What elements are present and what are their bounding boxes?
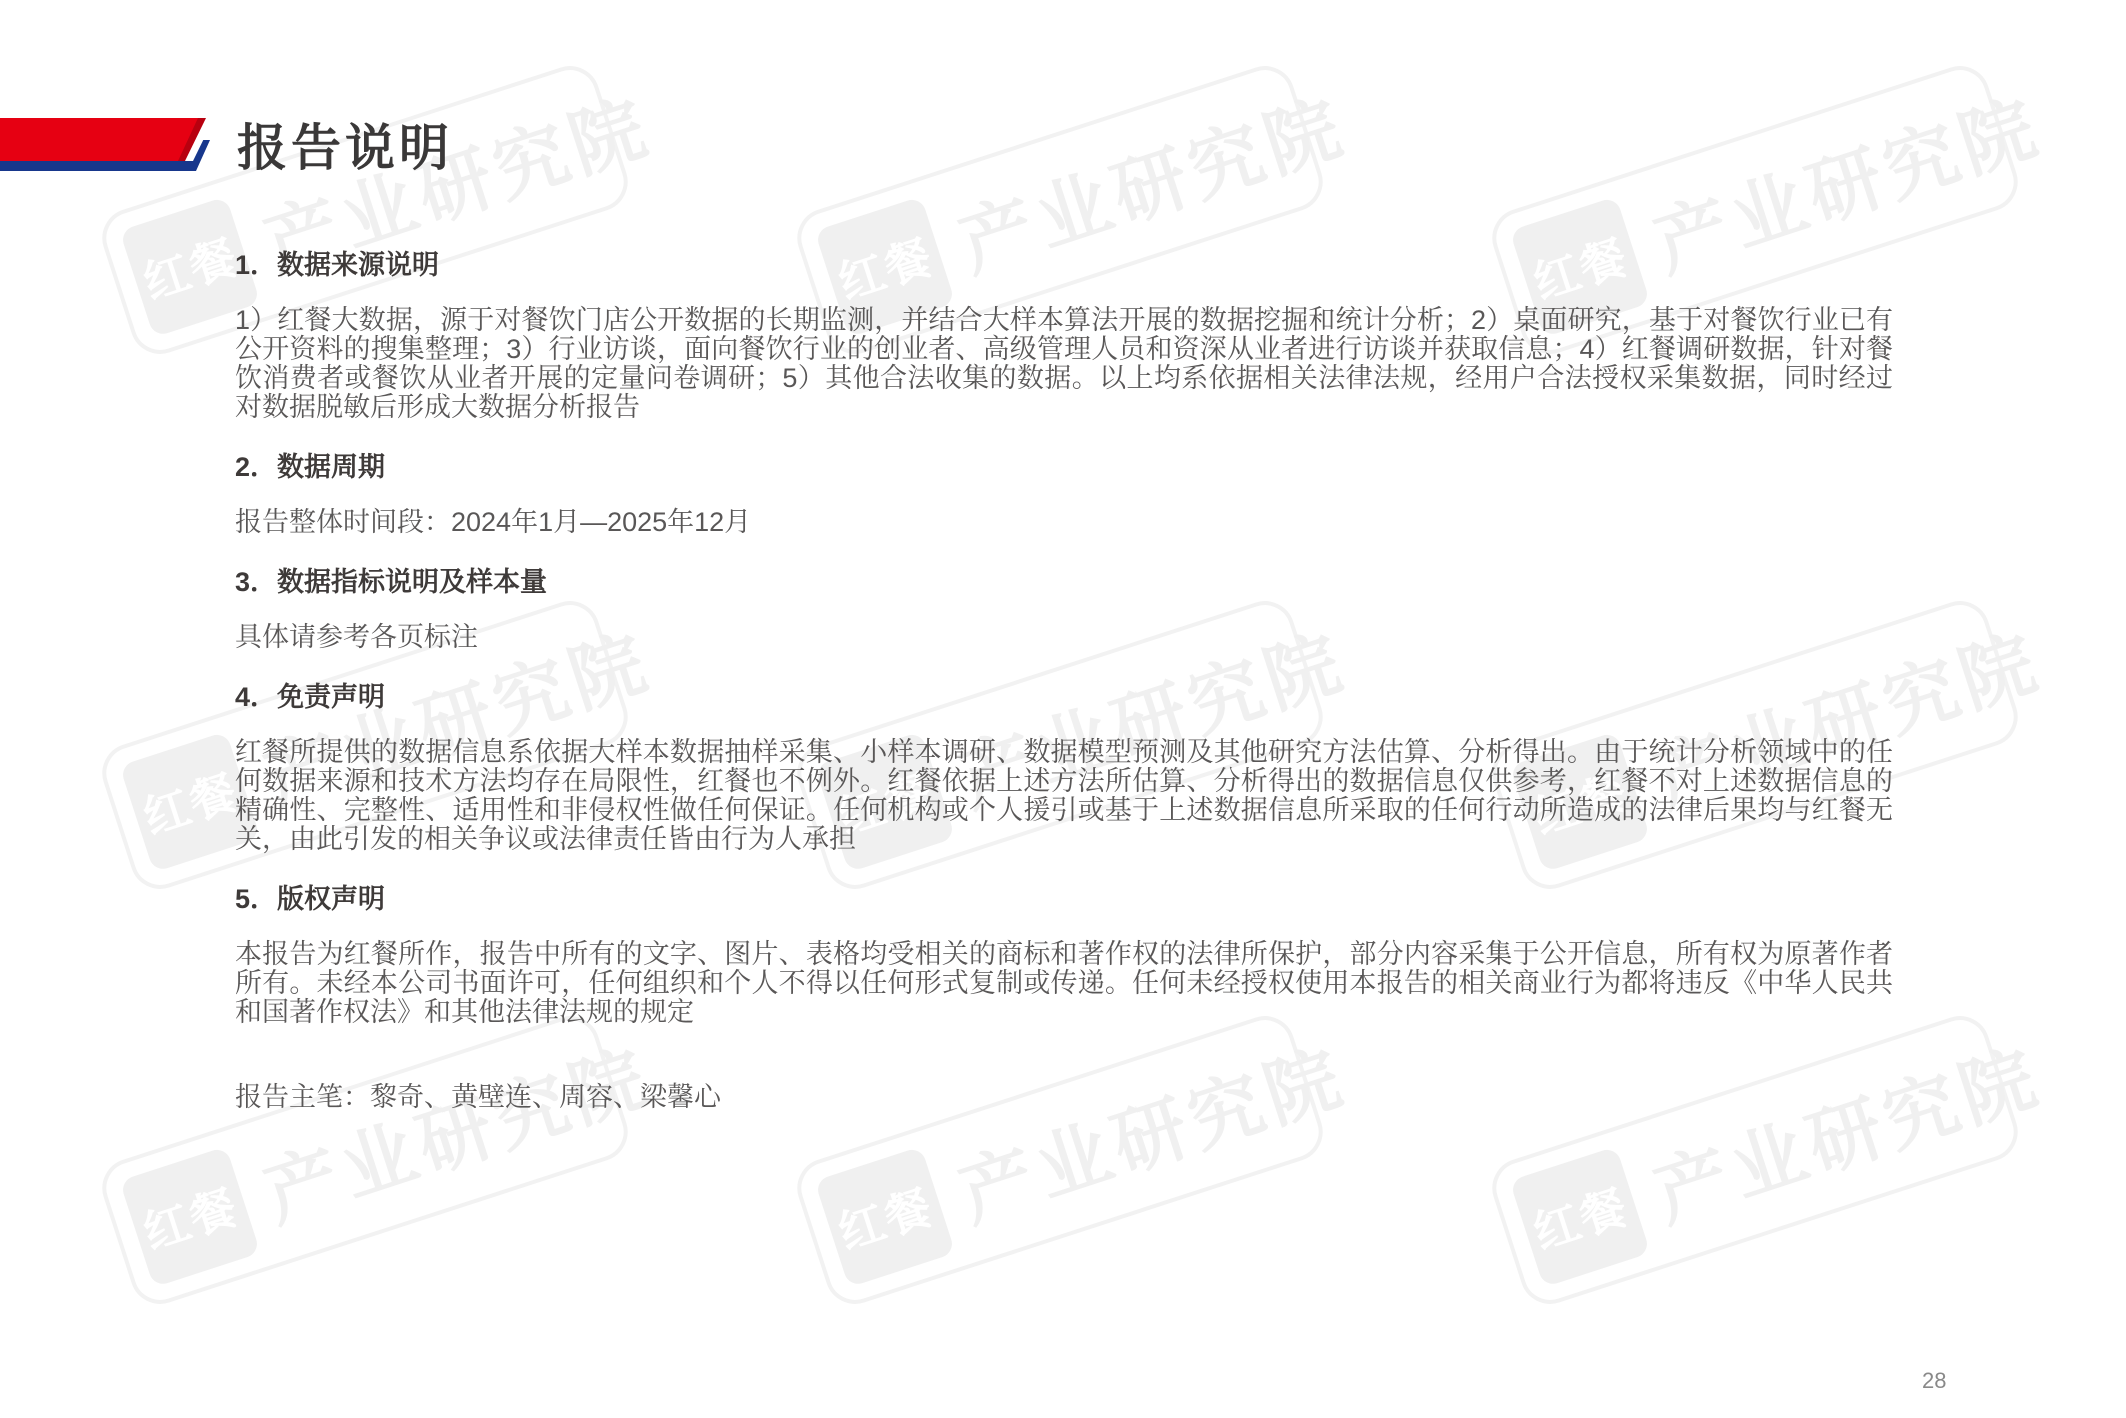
report-content: 1．数据来源说明 1）红餐大数据，源于对餐饮门店公开数据的长期监测，并结合大样本… xyxy=(235,250,1893,1112)
section-1-heading: 1．数据来源说明 xyxy=(235,250,1893,280)
section-3-heading: 3．数据指标说明及样本量 xyxy=(235,567,1893,597)
section-3-body: 具体请参考各页标注 xyxy=(235,623,1893,652)
page-number: 28 xyxy=(1922,1368,1946,1394)
section-1-body: 1）红餐大数据，源于对餐饮门店公开数据的长期监测，并结合大样本算法开展的数据挖掘… xyxy=(235,306,1893,422)
banner-red-stripe xyxy=(0,118,198,161)
watermark-logo: 红餐 xyxy=(119,1146,260,1287)
authors-line: 报告主笔：黎奇、黄壁连、周容、梁馨心 xyxy=(235,1083,1893,1112)
section-5-body: 本报告为红餐所作，报告中所有的文字、图片、表格均受相关的商标和著作权的法律所保护… xyxy=(235,940,1893,1027)
report-page: 红餐产业研究院红餐产业研究院红餐产业研究院红餐产业研究院红餐产业研究院红餐产业研… xyxy=(0,0,2126,1418)
watermark-logo: 红餐 xyxy=(814,1146,955,1287)
page-title: 报告说明 xyxy=(237,120,453,176)
section-2-heading: 2．数据周期 xyxy=(235,452,1893,482)
title-banner xyxy=(0,118,230,174)
section-5-heading: 5．版权声明 xyxy=(235,884,1893,914)
watermark-logo: 红餐 xyxy=(1509,1146,1650,1287)
section-2-body: 报告整体时间段：2024年1月—2025年12月 xyxy=(235,508,1893,537)
section-4-heading: 4．免责声明 xyxy=(235,682,1893,712)
section-4-body: 红餐所提供的数据信息系依据大样本数据抽样采集、小样本调研、数据模型预测及其他研究… xyxy=(235,738,1893,854)
